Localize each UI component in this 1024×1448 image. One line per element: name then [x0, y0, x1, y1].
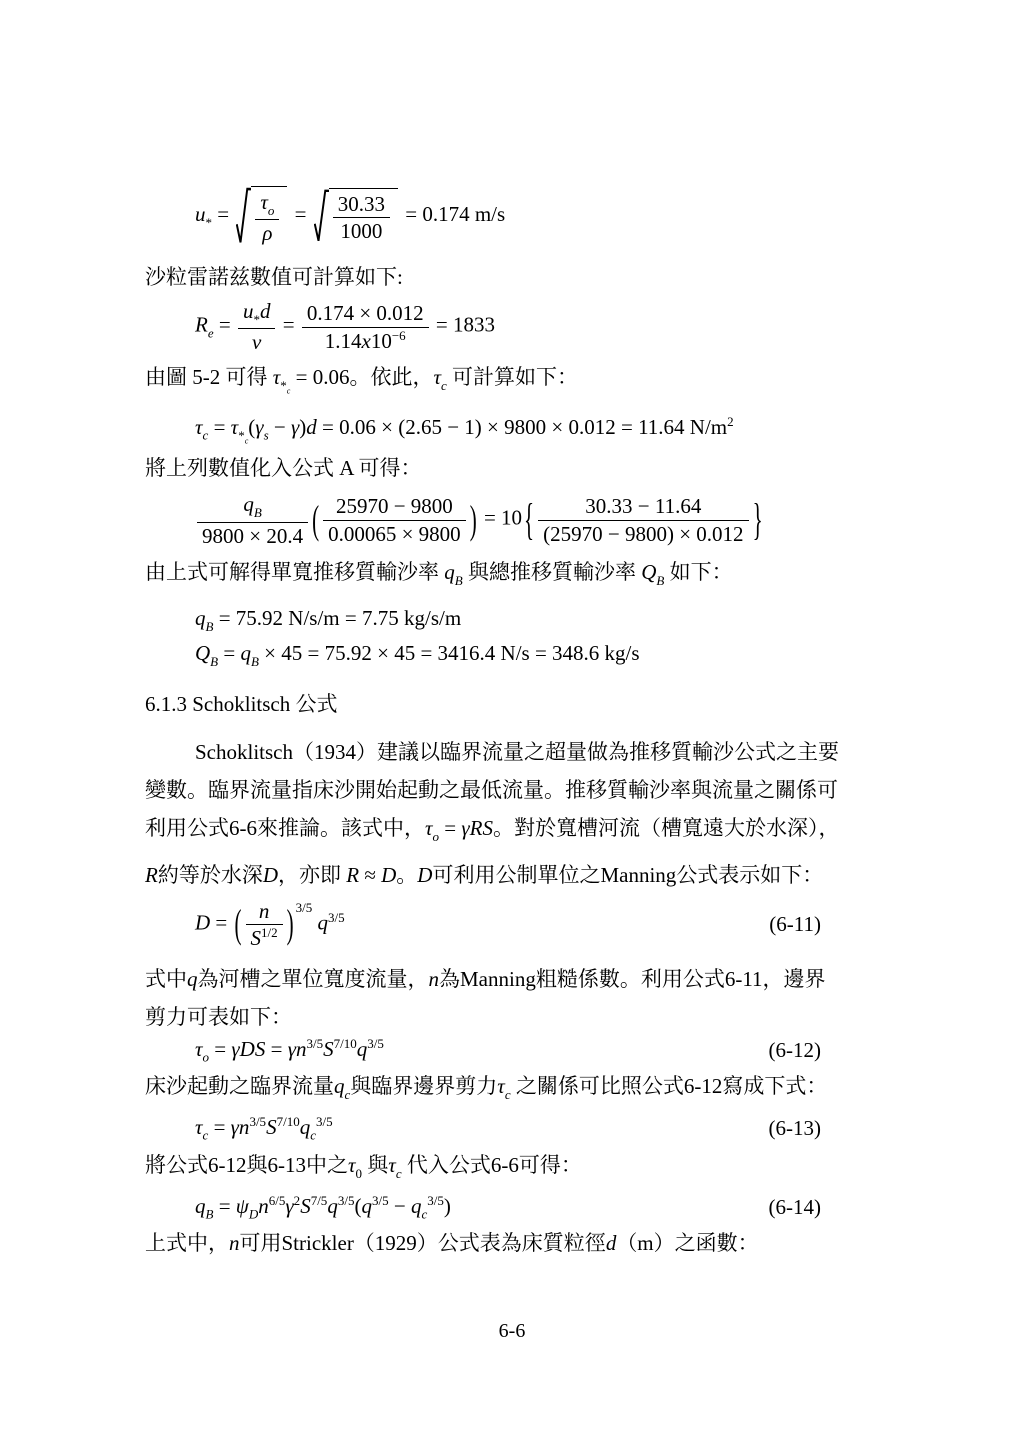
eq-row-6-12: τo = γDS = γn3/5S7/10q3/5 (6-12) — [145, 1036, 893, 1066]
eq-6-12-number: (6-12) — [769, 1038, 821, 1063]
eq-shear-velocity: u* = τoρ = 30.331000 = 0.174 m/s — [195, 186, 893, 246]
text-substitute-line: 將公式6-12與6-13中之τ0 與τc 代入公式6-6可得： — [145, 1146, 893, 1193]
eq-row-6-13: τc = γn3/5S7/10qc3/5 (6-13) — [145, 1114, 893, 1144]
eq-6-13-number: (6-13) — [769, 1116, 821, 1141]
eq-row-6-11: D = (nS1/2)3/5 q3/5 (6-11) — [145, 898, 893, 952]
eq-6-11-number: (6-11) — [769, 912, 821, 937]
text-formula-a-intro: 將上列數值化入公式 A 可得： — [145, 453, 893, 483]
eq-6-12-body: τo = γDS = γn3/5S7/10q3/5 — [195, 1036, 384, 1066]
para-line-1: Schoklitsch（1934）建議以臨界流量之超量做為推移質輸沙公式之主要 — [145, 733, 893, 771]
document-page: u* = τoρ = 30.331000 = 0.174 m/s 沙粒雷諾兹數值… — [0, 0, 1024, 1448]
section-heading: 6.1.3 Schoklitsch 公式 — [145, 689, 893, 719]
text-manning-line: 式中q為河槽之單位寬度流量，n為Manning粗糙係數。利用公式6-11，邊界 — [145, 960, 893, 998]
text-reynolds-intro: 沙粒雷諾兹數值可計算如下: — [145, 262, 893, 292]
text-qc-line: 床沙起動之臨界流量qc與臨界邊界剪力τc 之關係可比照公式6-12寫成下式： — [145, 1067, 893, 1114]
text-shear-line: 剪力可表如下： — [145, 998, 893, 1036]
text-tau-star-line: 由圖 5-2 可得 τ*c = 0.06。依此，τc 可計算如下： — [145, 362, 893, 406]
para-line-2: 變數。臨界流量指床沙開始起動之最低流量。推移質輸沙率與流量之關係可 — [145, 771, 893, 809]
eq-formula-a-substitution: qB9800 × 20.4(25970 − 98000.00065 × 9800… — [195, 491, 893, 548]
eq-critical-shear: τc = τ*c(γs − γ)d = 0.06 × (2.65 − 1) × … — [195, 414, 893, 445]
eq-row-6-14: qB = ψDn6/5γ2S7/5q3/5(q3/5 − qc3/5) (6-1… — [145, 1193, 893, 1223]
eq-reynolds-number: Re = u*dν = 0.174 × 0.0121.14x10−6 = 183… — [195, 298, 893, 355]
para-line-3: 利用公式6-6來推論。該式中，τo = γRS。對於寬槽河流（槽寬遠大於水深）， — [145, 809, 893, 856]
para-line-4: R約等於水深D，亦即 R ≈ D。D可利用公制單位之Manning公式表示如下： — [145, 856, 893, 894]
page-number: 6-6 — [0, 1320, 1024, 1343]
eq-6-14-number: (6-14) — [769, 1195, 821, 1220]
eq-6-14-body: qB = ψDn6/5γ2S7/5q3/5(q3/5 − qc3/5) — [195, 1193, 451, 1223]
text-solve-line: 由上式可解得單寬推移質輸沙率 qB 與總推移質輸沙率 QB 如下： — [145, 557, 893, 596]
eq-unit-bedload-rate: qB = 75.92 N/s/m = 7.75 kg/s/m — [195, 606, 893, 635]
eq-6-11-body: D = (nS1/2)3/5 q3/5 — [195, 898, 345, 952]
text-strickler-line: 上式中，n可用Strickler（1929）公式表為床質粒徑d（m）之函數： — [145, 1224, 893, 1262]
eq-6-13-body: τc = γn3/5S7/10qc3/5 — [195, 1114, 333, 1144]
page-content: u* = τoρ = 30.331000 = 0.174 m/s 沙粒雷諾兹數值… — [145, 186, 893, 1262]
eq-total-bedload-rate: QB = qB × 45 = 75.92 × 45 = 3416.4 N/s =… — [195, 641, 893, 670]
